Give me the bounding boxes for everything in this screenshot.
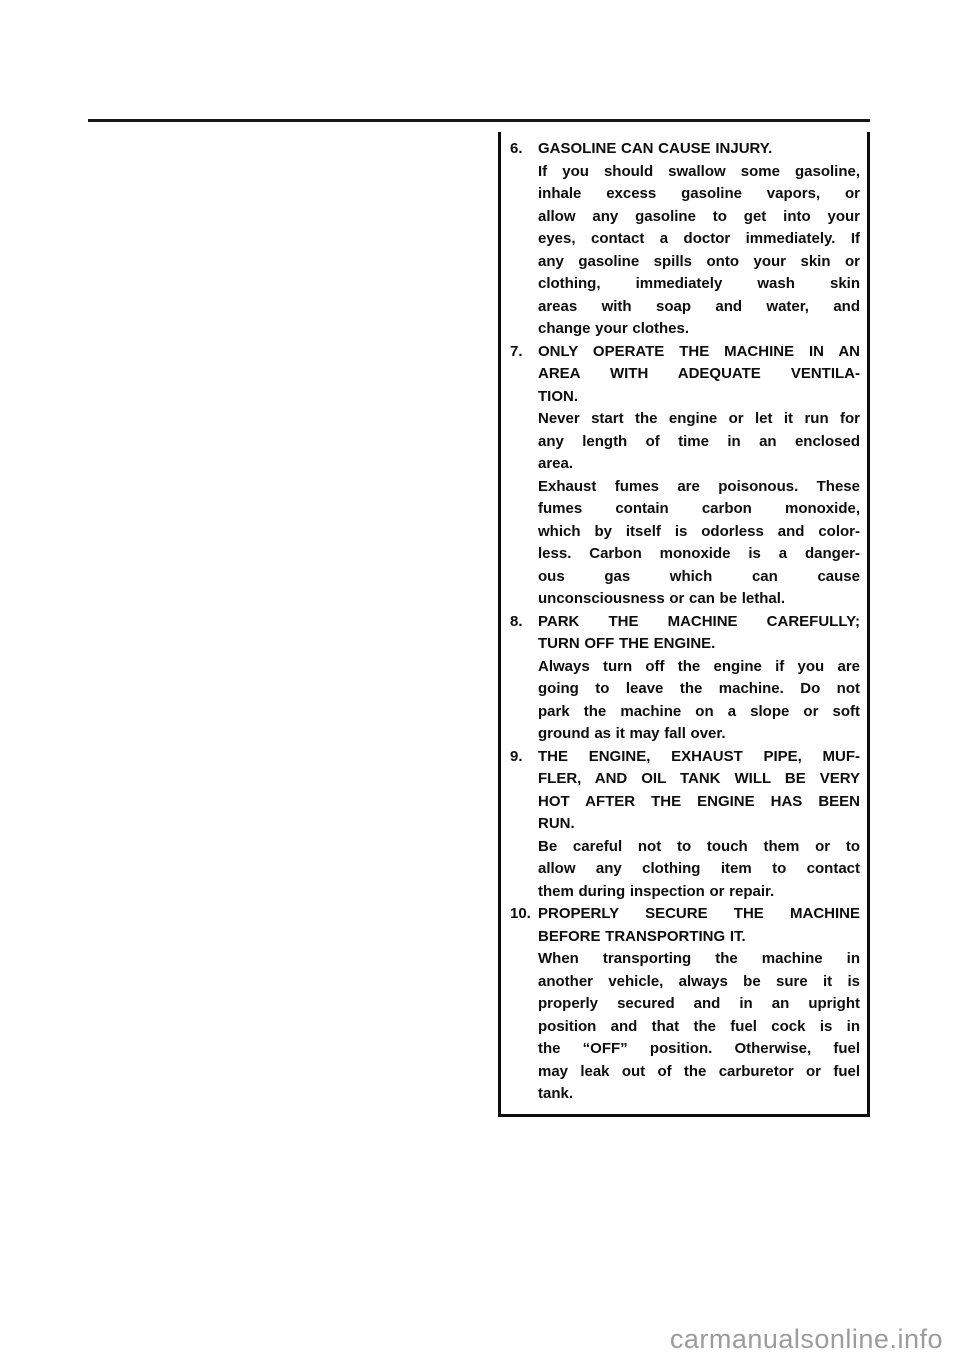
item-number: 9. [510,746,538,769]
text-line: ground as it may fall over. [538,723,860,746]
text-line: When transporting the machine in [538,948,860,971]
item-text-lines: ONLY OPERATE THE MACHINE IN ANAREA WITH … [538,341,860,611]
text-line: properly secured and in an upright [538,993,860,1016]
text-line: going to leave the machine. Do not [538,678,860,701]
text-line: another vehicle, always be sure it is [538,971,860,994]
item-text-lines: PARK THE MACHINE CAREFULLY;TURN OFF THE … [538,611,860,746]
text-line: Be careful not to touch them or to [538,836,860,859]
text-line: change your clothes. [538,318,860,341]
text-line: areas with soap and water, and [538,296,860,319]
text-line: may leak out of the carburetor or fuel [538,1061,860,1084]
warning-item: 7.ONLY OPERATE THE MACHINE IN ANAREA WIT… [510,341,860,611]
text-line: AREA WITH ADEQUATE VENTILA- [538,363,860,386]
item-number: 10. [510,903,538,926]
text-line: any length of time in an enclosed [538,431,860,454]
text-line: PARK THE MACHINE CAREFULLY; [538,611,860,634]
text-line: unconsciousness or can be lethal. [538,588,860,611]
text-line: GASOLINE CAN CAUSE INJURY. [538,138,860,161]
text-line: BEFORE TRANSPORTING IT. [538,926,860,949]
text-line: fumes contain carbon monoxide, [538,498,860,521]
text-line: TION. [538,386,860,409]
safety-warning-box: 6.GASOLINE CAN CAUSE INJURY.If you shoul… [498,132,870,1117]
item-number: 8. [510,611,538,634]
text-line: THE ENGINE, EXHAUST PIPE, MUF- [538,746,860,769]
warning-item: 8.PARK THE MACHINE CAREFULLY;TURN OFF TH… [510,611,860,746]
item-number: 7. [510,341,538,364]
warning-item: 6.GASOLINE CAN CAUSE INJURY.If you shoul… [510,138,860,341]
watermark: carmanualsonline.info [670,1326,943,1353]
text-line: position and that the fuel cock is in [538,1016,860,1039]
text-line: TURN OFF THE ENGINE. [538,633,860,656]
text-line: area. [538,453,860,476]
text-line: If you should swallow some gasoline, [538,161,860,184]
text-line: clothing, immediately wash skin [538,273,860,296]
text-line: ous gas which can cause [538,566,860,589]
header-divider-rule [88,119,870,122]
text-line: park the machine on a slope or soft [538,701,860,724]
text-line: less. Carbon monoxide is a danger- [538,543,860,566]
text-line: FLER, AND OIL TANK WILL BE VERY [538,768,860,791]
manual-page: { "watermark": { "text": "carmanualsonli… [0,0,960,1358]
text-line: which by itself is odorless and color- [538,521,860,544]
warning-item: 10.PROPERLY SECURE THE MACHINEBEFORE TRA… [510,903,860,1106]
text-line: Exhaust fumes are poisonous. These [538,476,860,499]
text-line: eyes, contact a doctor immediately. If [538,228,860,251]
text-line: HOT AFTER THE ENGINE HAS BEEN [538,791,860,814]
text-line: them during inspection or repair. [538,881,860,904]
text-line: tank. [538,1083,860,1106]
text-line: Always turn off the engine if you are [538,656,860,679]
text-line: any gasoline spills onto your skin or [538,251,860,274]
text-line: allow any gasoline to get into your [538,206,860,229]
text-line: Never start the engine or let it run for [538,408,860,431]
text-line: the “OFF” position. Otherwise, fuel [538,1038,860,1061]
text-line: PROPERLY SECURE THE MACHINE [538,903,860,926]
item-text-lines: PROPERLY SECURE THE MACHINEBEFORE TRANSP… [538,903,860,1106]
item-text-lines: THE ENGINE, EXHAUST PIPE, MUF-FLER, AND … [538,746,860,904]
text-line: inhale excess gasoline vapors, or [538,183,860,206]
item-text-lines: GASOLINE CAN CAUSE INJURY.If you should … [538,138,860,341]
text-line: ONLY OPERATE THE MACHINE IN AN [538,341,860,364]
warning-item: 9.THE ENGINE, EXHAUST PIPE, MUF-FLER, AN… [510,746,860,904]
text-line: allow any clothing item to contact [538,858,860,881]
item-number: 6. [510,138,538,161]
text-line: RUN. [538,813,860,836]
